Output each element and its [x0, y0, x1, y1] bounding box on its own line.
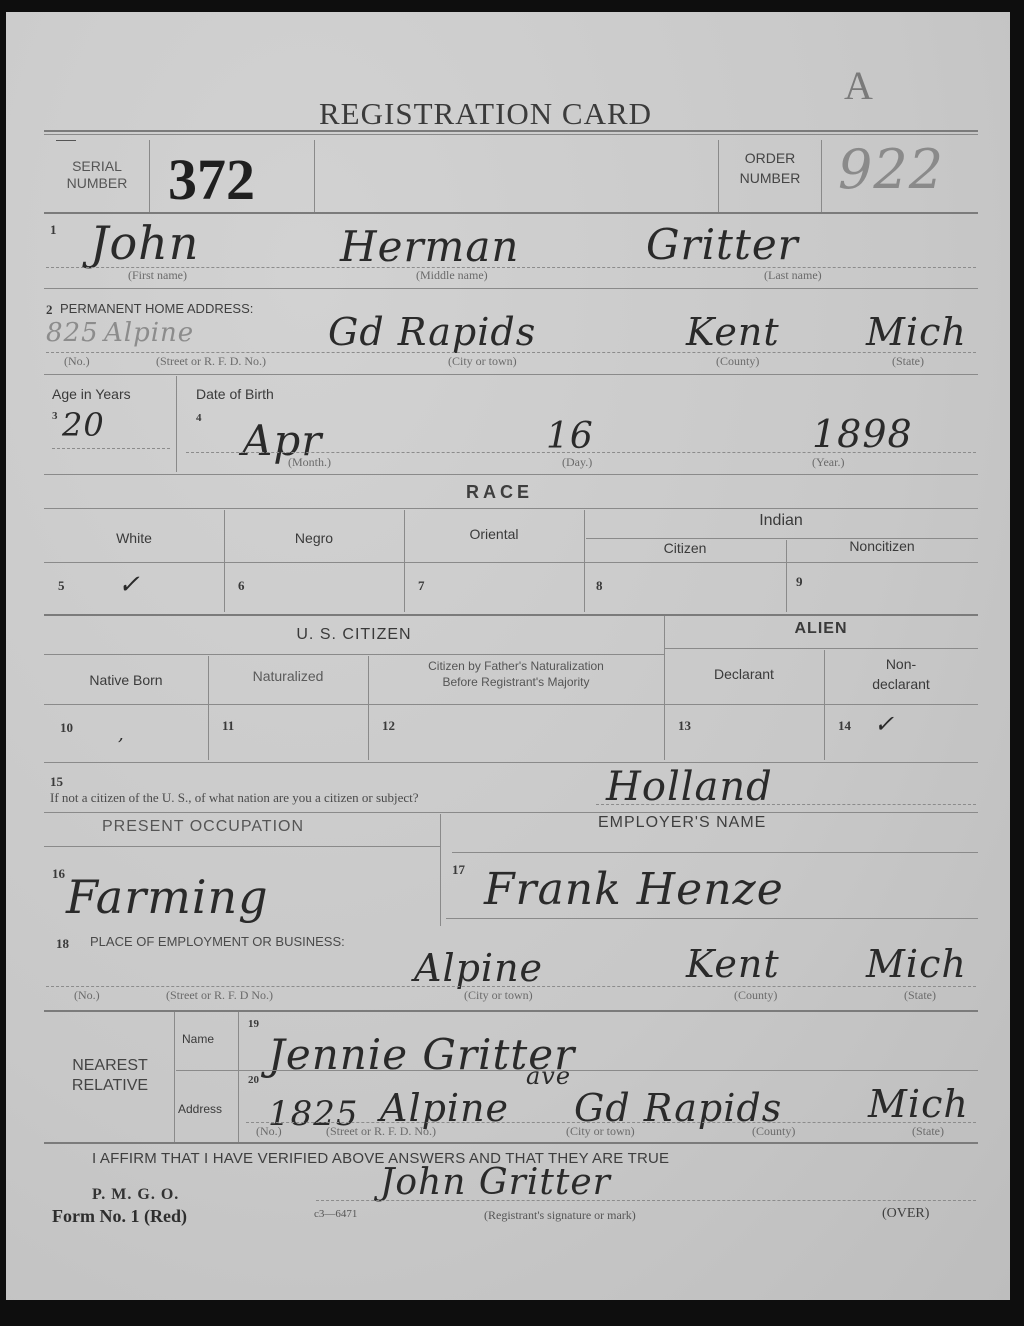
- home-address-state-caption: (State): [892, 354, 924, 369]
- last-name-caption: (Last name): [764, 268, 822, 283]
- relative-no-caption: (No.): [256, 1124, 282, 1139]
- nondeclarant-label: Non- declarant: [824, 654, 978, 694]
- native-born-mark: ,: [118, 724, 125, 745]
- home-address-city-caption: (City or town): [448, 354, 517, 369]
- home-address-no-caption: (No.): [64, 354, 90, 369]
- registration-card: REGISTRATION CARD A SERIAL NUMBER 372 OR…: [6, 12, 1010, 1300]
- middle-name-caption: (Middle name): [416, 268, 488, 283]
- relative-state-caption: (State): [912, 1124, 944, 1139]
- home-address-number: 825: [46, 318, 99, 348]
- age-value: 20: [62, 406, 105, 444]
- race-white-label: White: [44, 530, 224, 546]
- field-number-18: 18: [56, 936, 69, 952]
- birth-day-value: 16: [546, 416, 594, 457]
- field-number-8: 8: [596, 578, 603, 594]
- place-county-caption: (County): [734, 988, 777, 1003]
- occupation-heading: PRESENT OCCUPATION: [102, 818, 304, 836]
- place-no-caption: (No.): [74, 988, 100, 1003]
- form-number: Form No. 1 (Red): [52, 1206, 187, 1227]
- relative-name-label: Name: [182, 1032, 214, 1046]
- citizen-by-father-label: Citizen by Father's Naturalization Befor…: [368, 658, 664, 690]
- home-address-state: Mich: [866, 310, 967, 354]
- birth-day-caption: (Day.): [562, 455, 592, 470]
- nondeclarant-mark: ✓: [874, 710, 895, 738]
- field-number-5: 5: [58, 578, 65, 594]
- field-number-10: 10: [60, 720, 73, 736]
- over-label: (OVER): [882, 1206, 929, 1222]
- first-name-value: John: [90, 216, 199, 270]
- race-indian-noncitizen-label: Noncitizen: [786, 538, 978, 554]
- alien-heading: ALIEN: [664, 620, 978, 638]
- us-citizen-heading: U. S. CITIZEN: [44, 626, 664, 644]
- race-heading: RACE: [466, 482, 533, 503]
- relative-county-caption: (County): [752, 1124, 795, 1139]
- employer-heading: EMPLOYER'S NAME: [598, 814, 766, 832]
- order-number-label: ORDER NUMBER: [724, 148, 816, 188]
- field-number-11: 11: [222, 718, 234, 734]
- relative-address-state: Mich: [868, 1082, 969, 1126]
- field-number-7: 7: [418, 578, 425, 594]
- home-address-street: Alpine: [104, 318, 194, 348]
- serial-number-value: 372: [168, 146, 255, 213]
- place-city-value: Alpine: [414, 946, 543, 990]
- field-number-19: 19: [248, 1018, 259, 1030]
- home-address-county-caption: (County): [716, 354, 759, 369]
- dob-label: Date of Birth: [196, 386, 274, 402]
- race-indian-heading: Indian: [584, 512, 978, 530]
- field-number-3: 3: [52, 410, 58, 422]
- relative-street-caption: (Street or R. F. D. No.): [326, 1124, 436, 1139]
- field-number-14: 14: [838, 718, 851, 734]
- birth-month-caption: (Month.): [288, 455, 331, 470]
- home-address-street-caption: (Street or R. F. D. No.): [156, 354, 266, 369]
- place-county-value: Kent: [686, 942, 780, 986]
- race-white-mark: ✓: [118, 570, 141, 600]
- employer-value: Frank Henze: [484, 864, 784, 915]
- serial-number-label: SERIAL NUMBER: [56, 158, 138, 192]
- first-name-caption: (First name): [128, 268, 187, 283]
- place-state-caption: (State): [904, 988, 936, 1003]
- nearest-relative-heading: NEAREST RELATIVE: [50, 1056, 170, 1096]
- place-city-caption: (City or town): [464, 988, 533, 1003]
- race-oriental-label: Oriental: [404, 526, 584, 542]
- field-number-1: 1: [50, 222, 57, 238]
- field-number-16: 16: [52, 866, 65, 882]
- home-address-city: Gd Rapids: [328, 310, 536, 354]
- field-number-2: 2: [46, 302, 53, 318]
- place-street-caption: (Street or R. F. D No.): [166, 988, 273, 1003]
- field-number-9: 9: [796, 574, 803, 590]
- field-number-15: 15: [50, 774, 63, 790]
- birth-year-value: 1898: [812, 412, 913, 456]
- race-indian-citizen-label: Citizen: [584, 540, 786, 556]
- birth-year-caption: (Year.): [812, 455, 844, 470]
- signature-caption: (Registrant's signature or mark): [484, 1208, 636, 1223]
- corner-mark: A: [844, 62, 873, 109]
- naturalized-label: Naturalized: [208, 668, 368, 684]
- middle-name-value: Herman: [340, 222, 519, 271]
- home-address-label: PERMANENT HOME ADDRESS:: [60, 301, 253, 316]
- order-number-value: 922: [838, 138, 944, 201]
- field-number-4: 4: [196, 412, 202, 424]
- nation-question: If not a citizen of the U. S., of what n…: [50, 790, 419, 806]
- native-born-label: Native Born: [44, 672, 208, 688]
- field-number-6: 6: [238, 578, 245, 594]
- pmgo-label: P. M. G. O.: [92, 1186, 179, 1204]
- home-address-county: Kent: [686, 310, 780, 354]
- print-code: c3—6471: [314, 1208, 357, 1220]
- relative-address-label: Address: [178, 1102, 222, 1116]
- age-label: Age in Years: [52, 386, 131, 402]
- place-state-value: Mich: [866, 942, 967, 986]
- last-name-value: Gritter: [646, 220, 799, 269]
- field-number-12: 12: [382, 718, 395, 734]
- field-number-20: 20: [248, 1074, 259, 1086]
- occupation-value: Farming: [66, 870, 269, 924]
- field-number-13: 13: [678, 718, 691, 734]
- field-number-17: 17: [452, 862, 465, 878]
- card-title: REGISTRATION CARD: [319, 96, 652, 132]
- race-negro-label: Negro: [224, 530, 404, 546]
- relative-address-street-note: ave: [526, 1062, 571, 1090]
- relative-city-caption: (City or town): [566, 1124, 635, 1139]
- declarant-label: Declarant: [664, 666, 824, 682]
- place-of-employment-label: PLACE OF EMPLOYMENT OR BUSINESS:: [90, 934, 345, 949]
- registrant-signature: John Gritter: [380, 1162, 611, 1203]
